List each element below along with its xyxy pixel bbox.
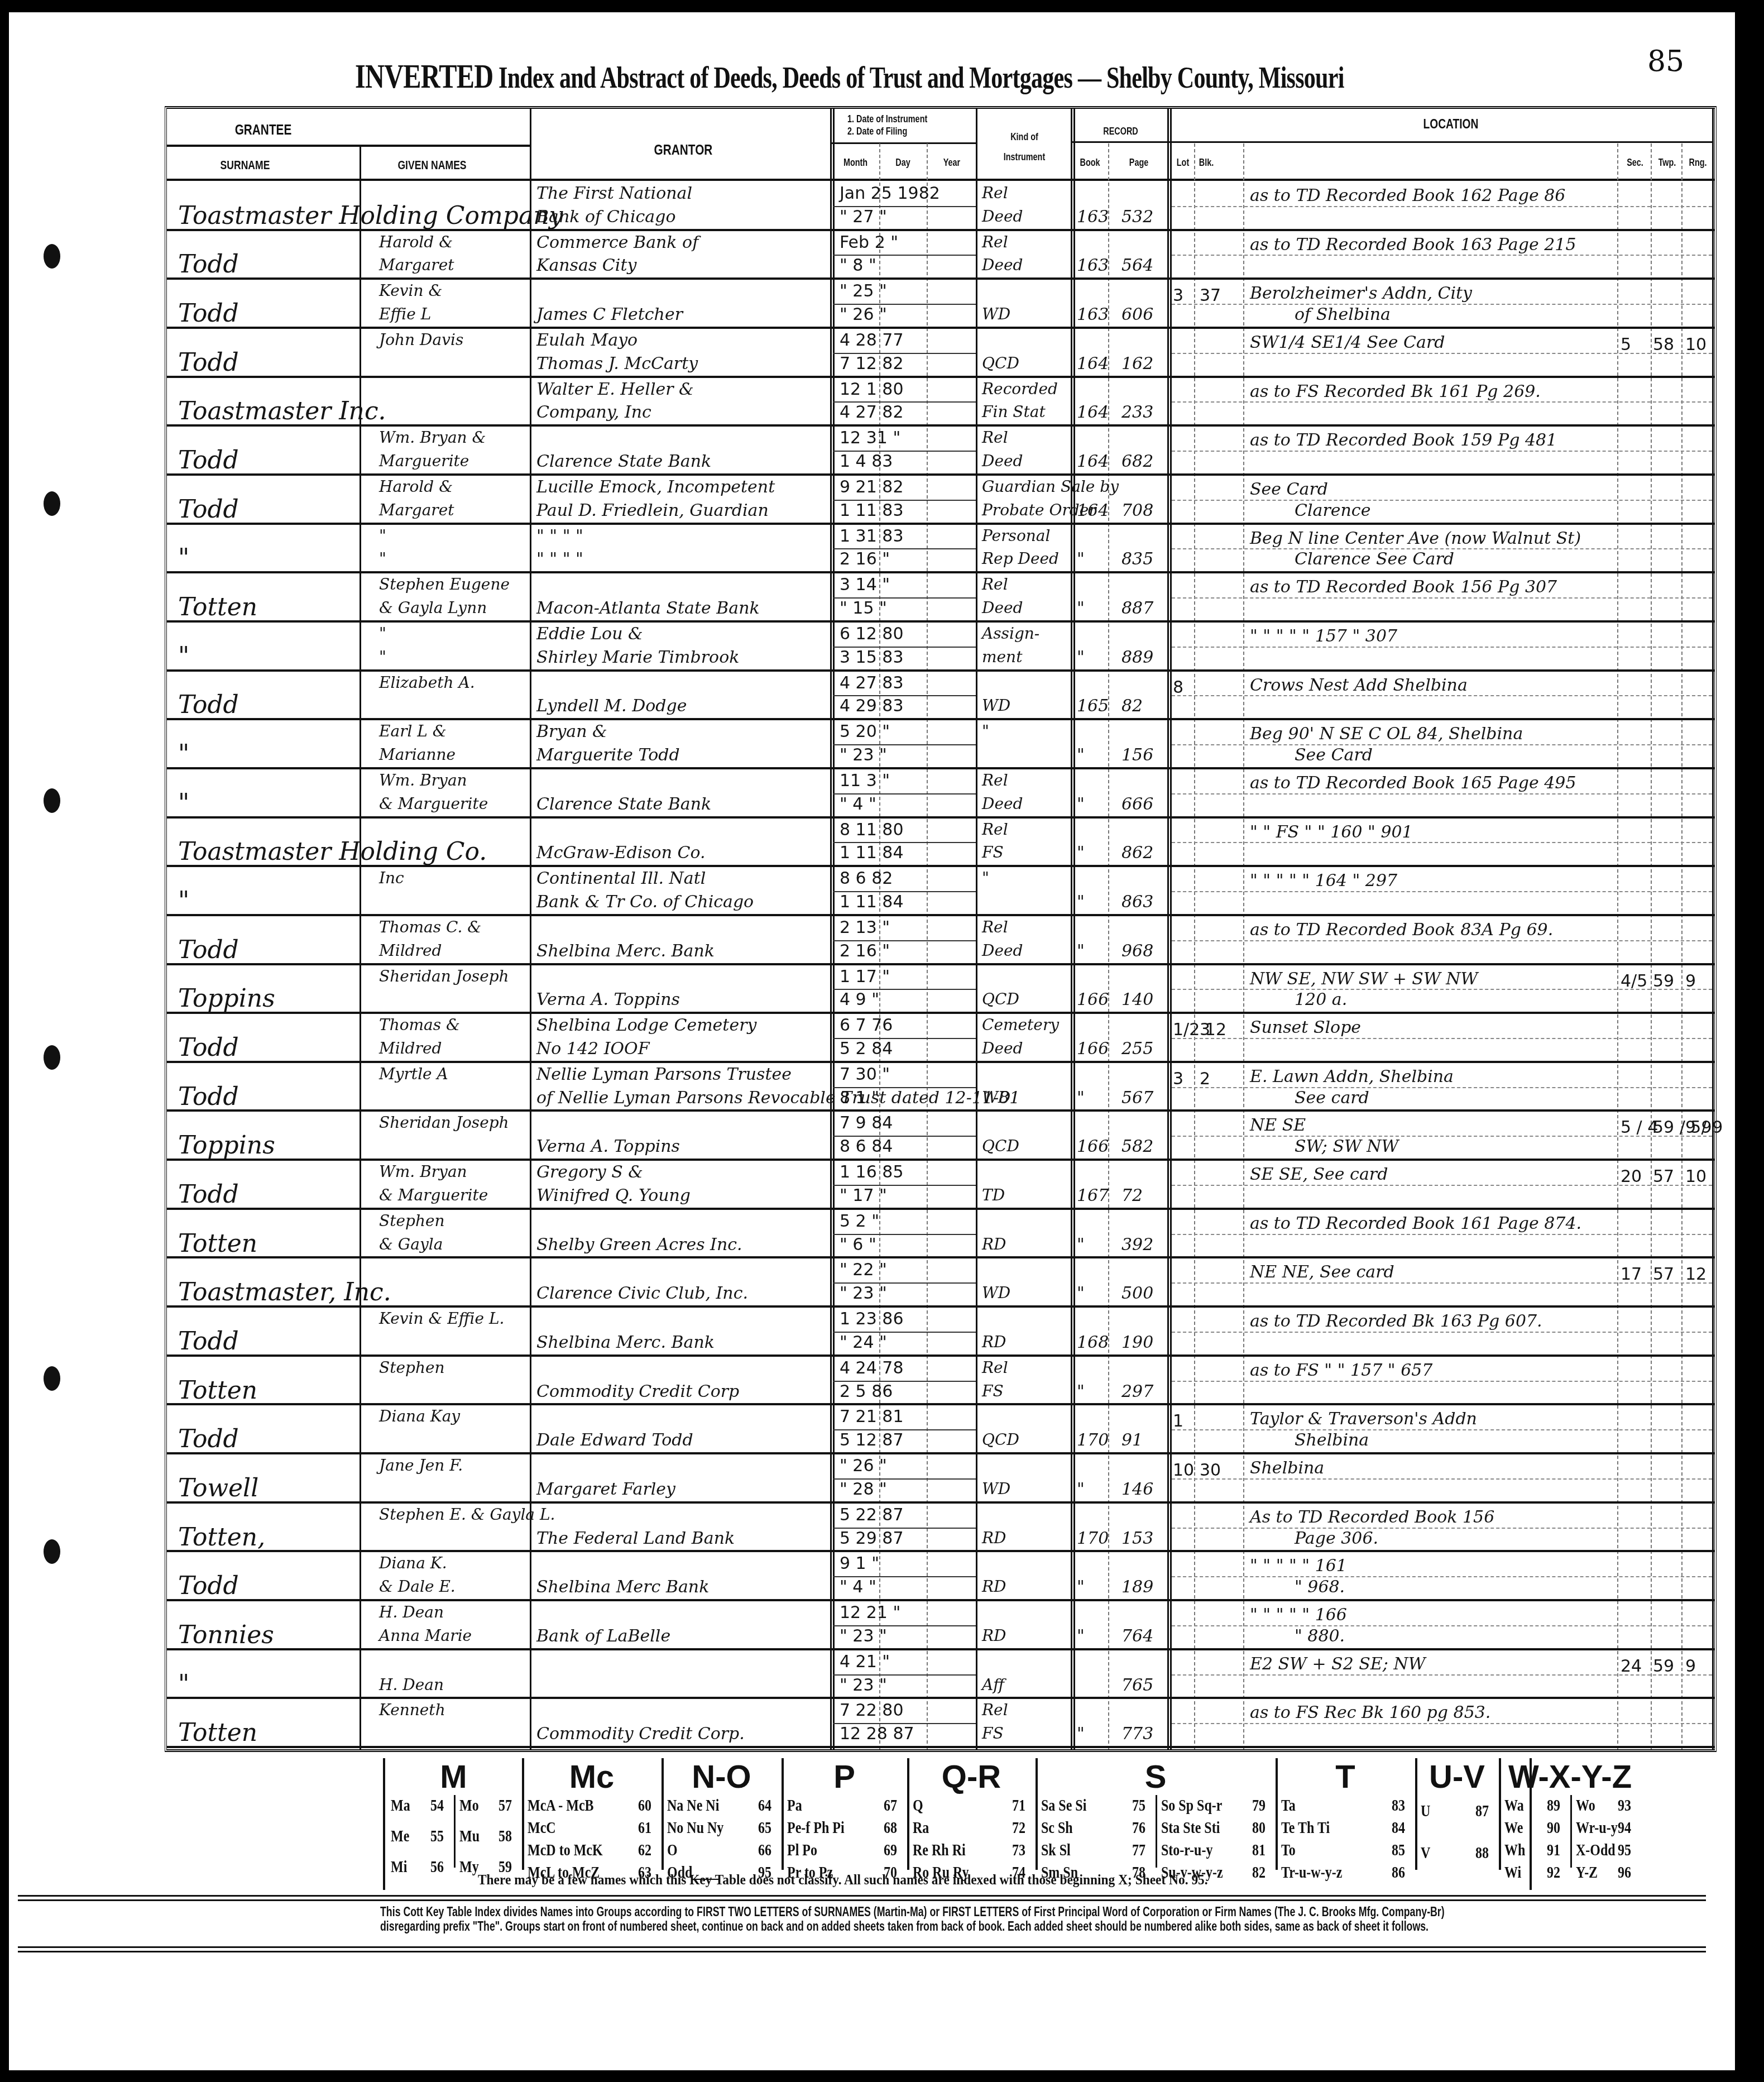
date-of-filing: " 23 " [840,1284,887,1303]
header-location: LOCATION [1228,117,1674,132]
header-grantor: GRANTOR [565,141,802,159]
location-sub-rule [1172,1576,1712,1577]
grantee-given-names: " [379,624,386,643]
key-group-letter: M [385,1758,522,1796]
grantee-given-names: Diana Kay [379,1407,460,1425]
grantee-surname: Towell [178,1474,258,1502]
record-page: 190 [1121,1333,1153,1352]
location-blk: 3 [1200,1020,1210,1040]
location-description-2: Shelbina [1295,1430,1369,1450]
record-page: 582 [1121,1137,1153,1156]
date-of-filing: 4 9 " [840,990,879,1009]
date-of-instrument: 4 24 78 [840,1358,904,1378]
grantor-line-2: of Nellie Lyman Parsons Revocable Trust … [536,1088,1020,1108]
grantor-line-2: Commodity Credit Corp [536,1382,739,1401]
record-page: 162 [1121,354,1153,374]
location-description-2: 120 a. [1295,990,1347,1009]
date-of-instrument: 2 13 " [840,918,890,937]
location-sub-rule [1172,1625,1712,1626]
location-lot: 10 [1173,1461,1194,1480]
grantee-given-names-2: Marguerite [379,452,469,470]
table-row: ToddWm. Bryan &MargueriteClarence State … [167,426,1714,475]
date-of-filing: " 26 " [840,305,887,324]
record-page: 765 [1121,1676,1153,1695]
key-entry-sheet-number: 73 [1012,1841,1025,1860]
location-description: as to TD Recorded Book 161 Page 874. [1250,1214,1581,1233]
date-of-instrument: 8 11 80 [840,820,904,840]
key-entry-sheet-number: 96 [1618,1863,1631,1882]
grantee-divider [167,145,530,147]
key-entry-sheet-number: 94 [1618,1818,1631,1837]
grantee-surname: Toastmaster, Inc. [178,1278,391,1306]
key-group-letter: P [782,1758,907,1796]
key-group: SSa Se Si75Sc Sh76Sk Sl77Sm Sn78So Sp Sq… [1036,1758,1278,1870]
location-rng: 9 / 9 [1685,1118,1723,1137]
grantee-given-names-2: Mildred [379,941,442,960]
date-of-instrument: 7 9 84 [840,1113,893,1133]
record-page: 889 [1121,648,1153,667]
grantee-surname: Todd [178,691,239,719]
date-of-filing: " 8 " [840,256,876,275]
key-entry-sheet-number: 87 [1475,1802,1489,1821]
record-page: 72 [1121,1186,1143,1205]
table-row: ToppinsSheridan JosephVerna A. Toppins1 … [167,965,1714,1014]
record-page: 91 [1121,1430,1143,1450]
punch-hole-icon [44,1539,60,1564]
key-entry-label: Wh [1504,1841,1525,1860]
grantee-given-names-2: Effie L [379,305,431,323]
key-entry-label: Mo [459,1796,479,1815]
date-sub-rule [833,597,976,599]
grantee-given-names: Stephen Eugene [379,575,510,594]
date-sub-rule [833,1136,976,1137]
key-group: MMa54Me55Mi56Mo57Mu58My59 [385,1758,524,1870]
header-surname: SURNAME [200,158,290,173]
key-group: W-X-Y-ZWa89We90Wh91Wi92Wo93Wr-u-y94X-Odd… [1499,1758,1641,1870]
key-entry-label: McD to McK [528,1841,603,1860]
record-page: 500 [1121,1284,1153,1303]
grantor-line-1: Walter E. Heller & [536,380,694,399]
date-of-instrument: 5 20 " [840,722,890,741]
key-entry-label: U [1421,1802,1430,1821]
kind-of-instrument-1: Rel [982,1358,1008,1377]
grantee-surname: Totten [178,1376,257,1405]
location-description: Beg N line Center Ave (now Walnut St) [1250,529,1581,548]
key-entry-sheet-number: 83 [1392,1796,1405,1815]
title-prefix: INVERTED [355,58,493,95]
location-sub-rule [1172,1723,1712,1724]
record-page: 189 [1121,1577,1153,1597]
grantor-line-2: Commodity Credit Corp. [536,1724,745,1744]
key-entry-label: Sa Se Si [1041,1796,1086,1815]
location-sub-rule [1172,1332,1712,1333]
location-sub-rule [1172,1087,1712,1088]
key-subdivider [1570,1795,1572,1868]
grantee-surname: Totten [178,1719,257,1747]
table-row: "Earl L &MarianneBryan &Marguerite Todd5… [167,720,1714,769]
date-sub-rule [833,1282,976,1284]
key-entry-label: Me [391,1827,409,1846]
date-of-filing: 1 11 84 [840,892,904,912]
table-row: ToddDiana KayDale Edward Todd7 21 815 12… [167,1405,1714,1454]
record-book: 168 [1077,1333,1109,1352]
kind-of-instrument-2: RD [982,1529,1006,1547]
grantee-surname: " [178,1670,189,1698]
key-entry-label: Tr-u-w-y-z [1281,1863,1342,1882]
header-page: Page [1114,157,1163,169]
date-sub-rule [833,1528,976,1529]
kind-of-instrument-1: " [982,722,989,740]
location-description: as to TD Recorded Book 162 Page 86 [1250,186,1565,205]
key-entry-label: Ra [913,1818,929,1837]
header-kind-line2: Instrument [986,151,1062,163]
record-page: 392 [1121,1235,1153,1255]
grantee-given-names-2: H. Dean [379,1676,444,1694]
location-sub-rule [1172,1478,1712,1480]
grantee-surname: Todd [178,250,239,279]
grantee-given-names: Stephen [379,1212,445,1230]
grantor-line-2: Clarence State Bank [536,452,711,471]
location-sub-rule [1172,401,1712,403]
key-entry-sheet-number: 57 [498,1796,512,1815]
kind-of-instrument-1: Cemetery [982,1016,1059,1034]
grantee-given-names: Wm. Bryan & [379,428,486,447]
grantor-line-1: Eulah Mayo [536,331,637,350]
record-book: " [1077,599,1085,618]
date-of-instrument: 3 14 " [840,575,890,595]
key-entry-sheet-number: 69 [884,1841,897,1860]
kind-of-instrument-2: WD [982,1284,1010,1302]
grantee-surname: Totten, [178,1523,265,1552]
record-book: " [1077,794,1085,814]
key-entry-sheet-number: 92 [1547,1863,1560,1882]
kind-of-instrument-2: Rep Deed [982,549,1059,568]
grantee-given-names: " [379,527,386,545]
table-row: ToddElizabeth A.Lyndell M. Dodge4 27 834… [167,671,1714,720]
key-group: PPa67Pe-f Ph Pi68Pl Po69Pr to Pz70 [782,1758,909,1870]
location-description: as to FS " " 157 " 657 [1250,1361,1432,1380]
record-book: 170 [1077,1430,1109,1450]
record-page: 887 [1121,599,1153,618]
grantee-given-names-2: " [379,549,386,568]
header-month: Month [837,157,875,169]
table-row: TottenStephen Eugene& Gayla LynnMacon-At… [167,573,1714,622]
date-of-instrument: 4 21 " [840,1652,890,1672]
date-of-filing: " 17 " [840,1186,887,1205]
date-sub-rule [833,451,976,452]
grantor-line-2: Macon-Atlanta State Bank [536,599,760,618]
location-description: Sunset Slope [1250,1018,1361,1037]
kind-of-instrument-1: Rel [982,771,1008,789]
location-sub-rule [1172,500,1712,501]
kind-of-instrument-1: Personal [982,527,1050,545]
kind-of-instrument-2: FS [982,1382,1004,1400]
grantor-line-2: Shelbina Merc. Bank [536,1333,715,1352]
location-description: Berolzheimer's Addn, City [1250,284,1472,303]
header-grantee: GRANTEE [186,121,341,138]
date-of-filing: 5 2 84 [840,1039,893,1059]
location-description: as to TD Recorded Bk 163 Pg 607. [1250,1312,1542,1331]
record-page: 255 [1121,1039,1153,1059]
table-row: ToddWm. Bryan& MargueriteGregory S &Wini… [167,1160,1714,1209]
location-description: as to TD Recorded Book 159 Pg 481 [1250,430,1557,450]
record-page: 82 [1121,696,1143,716]
header-lot: Lot [1174,157,1192,169]
kind-of-instrument-2: Deed [982,1039,1023,1057]
key-entry-sheet-number: 58 [498,1827,512,1846]
key-group-letter: N-O [661,1758,782,1796]
date-sub-rule [833,695,976,696]
location-description-2: " 968. [1295,1577,1345,1597]
date-of-instrument: Feb 2 " [840,233,898,252]
header-sec: Sec. [1622,157,1648,169]
kind-of-instrument-1: Rel [982,575,1008,594]
location-sub-rule [1172,255,1712,256]
key-entry-sheet-number: 62 [638,1841,651,1860]
key-entry-label: No Nu Ny [667,1818,723,1837]
grantor-line-1: Nellie Lyman Parsons Trustee [536,1065,792,1084]
kind-of-instrument-1: Rel [982,918,1008,936]
record-book: 166 [1077,1039,1109,1059]
date-of-instrument: " 25 " [840,281,887,301]
key-subdivider [454,1795,456,1868]
key-entry-label: McC [528,1818,556,1837]
key-entry-label: To [1281,1841,1296,1860]
location-twp: 57 [1653,1167,1674,1186]
key-entry-label: Wa [1504,1796,1524,1815]
grantor-line-2: Bank of Chicago [536,207,676,227]
key-table-note: There may be a few names which this Key … [478,1872,1208,1888]
table-row: Toastmaster Inc.Walter E. Heller &Compan… [167,377,1714,427]
kind-of-instrument-2: TD [982,1186,1005,1204]
table-row: """Eddie Lou &Shirley Marie Timbrook6 12… [167,622,1714,671]
grantor-line-1: Gregory S & [536,1162,643,1182]
location-description-2: See card [1295,1088,1369,1108]
record-book: 164 [1077,452,1109,471]
grantor-line-2: Dale Edward Todd [536,1430,693,1450]
grantee-given-names: Thomas C. & [379,918,481,936]
record-book: 164 [1077,354,1109,374]
grantor-line-2: Paul D. Friedlein, Guardian [536,501,769,520]
table-row: TottenKennethCommodity Credit Corp.7 22 … [167,1698,1714,1748]
key-group: N-ONa Ne Ni64No Nu Ny65O66Odd____95 [661,1758,784,1870]
date-of-instrument: 1 23 86 [840,1309,904,1329]
grantee-surname: Todd [178,299,239,328]
location-sub-rule [1172,206,1712,207]
date-sub-rule [833,1087,976,1088]
date-of-filing: 1 4 83 [840,452,893,471]
key-entry-label: Wi [1504,1863,1521,1882]
table-row: ToddHarold &MargaretCommerce Bank ofKans… [167,231,1714,280]
location-sub-rule [1172,1234,1712,1235]
date-sub-rule [833,793,976,794]
table-row: "IncContinental Ill. NatlBank & Tr Co. o… [167,867,1714,916]
key-entry-sheet-number: 89 [1547,1796,1560,1815]
record-book: " [1077,1235,1085,1255]
record-book: 163 [1077,256,1109,275]
date-sub-rule [833,1576,976,1577]
date-of-filing: " 24 " [840,1333,887,1352]
grantee-given-names-2: Anna Marie [379,1626,472,1645]
location-sec: 24 [1621,1657,1642,1676]
record-book: " [1077,1088,1085,1108]
date-of-instrument: " 26 " [840,1456,887,1476]
record-page: 233 [1121,403,1153,422]
key-entry-sheet-number: 88 [1475,1844,1489,1863]
grantor-line-2: Bank & Tr Co. of Chicago [536,892,754,912]
punch-hole-icon [44,1045,60,1070]
key-entry-label: Mi [391,1858,407,1877]
date-of-instrument: 1 16 85 [840,1162,904,1182]
date-of-filing: 8 6 84 [840,1137,893,1156]
key-entry-label: Sc Sh [1041,1818,1073,1837]
grantee-given-names-2: Margaret [379,256,454,274]
date-of-instrument: 7 22 80 [840,1701,904,1720]
date-of-instrument: 4 28 77 [840,331,904,350]
kind-of-instrument-2: WD [982,305,1010,323]
key-entry-sheet-number: 60 [638,1796,651,1815]
date-of-filing: " 6 " [840,1235,876,1255]
date-of-instrument: 11 3 " [840,771,890,791]
footer-rule [18,1895,1706,1897]
grantee-given-names: Stephen E. & Gayla L. [379,1505,555,1524]
date-of-instrument: 6 12 80 [840,624,904,644]
key-entry-sheet-number: 75 [1132,1796,1145,1815]
footer-rule [18,1899,1706,1901]
key-entry-label: Sta Ste Sti [1161,1818,1220,1837]
key-entry-sheet-number: 82 [1252,1863,1266,1882]
key-entry-label: Sto-r-u-y [1161,1841,1212,1860]
location-description-2: of Shelbina [1295,305,1391,324]
date-of-filing: " 23 " [840,1676,887,1695]
grantee-surname: Todd [178,1083,239,1111]
date-sub-rule [833,940,976,941]
grantee-given-names: Stephen [379,1358,445,1377]
location-sub-rule [1172,793,1712,794]
key-entry-label: Q [913,1796,923,1815]
key-entry-label: Na Ne Ni [667,1796,719,1815]
key-entry-label: Sk Sl [1041,1841,1071,1860]
grantee-surname: Totten [178,593,257,621]
grantee-surname: Todd [178,446,239,475]
header-book: Book [1076,157,1105,169]
key-entry-sheet-number: 64 [758,1796,771,1815]
location-sub-rule [1172,304,1712,305]
header-record: RECORD [1082,126,1160,137]
grantor-line-2: No 142 IOOF [536,1039,650,1059]
table-row: ToddHarold &MargaretLucille Emock, Incom… [167,475,1714,524]
date-of-instrument: 12 21 " [840,1603,900,1622]
record-page: 666 [1121,794,1153,814]
date-sub-rule [833,744,976,745]
grantee-given-names: Thomas & [379,1016,460,1034]
date-sub-rule [833,206,976,207]
grantee-given-names: Sheridan Joseph [379,1113,509,1132]
grantor-line-2: Clarence State Bank [536,794,711,814]
date-of-filing: 12 28 87 [840,1724,914,1744]
date-sub-rule [833,1185,976,1186]
grantee-surname: " [178,887,189,915]
location-sub-rule [1172,1429,1712,1430]
key-entry-label: O [667,1841,678,1860]
key-entry-sheet-number: 71 [1012,1796,1025,1815]
location-description-2: " 880. [1295,1626,1345,1646]
date-of-instrument: 1 31 83 [840,527,904,546]
key-group-letter: T [1276,1758,1415,1796]
date-of-instrument: 9 1 " [840,1554,879,1573]
key-entry-label: X-Odd [1576,1841,1616,1860]
ledger-page: INVERTED Index and Abstract of Deeds, De… [9,12,1735,2070]
table-row: Toastmaster Holding CompanyThe First Nat… [167,181,1714,231]
key-entry-sheet-number: 77 [1132,1841,1145,1860]
grantee-surname: " [178,544,189,572]
date-of-filing: " 23 " [840,745,887,765]
location-blk: 37 [1200,286,1221,305]
grantee-surname: Todd [178,1572,239,1600]
table-row: ToppinsSheridan JosephVerna A. Toppins7 … [167,1111,1714,1160]
key-entry-label: V [1421,1844,1430,1863]
record-page: 606 [1121,305,1153,324]
grantee-given-names: Wm. Bryan [379,771,467,789]
location-twp: 59 [1653,971,1674,991]
key-entry-sheet-number: 90 [1547,1818,1560,1837]
date-sub-rule [833,548,976,549]
location-sec: 4/5 [1621,971,1647,991]
kind-of-instrument-2: Deed [982,256,1023,274]
grantor-line-2: The Federal Land Bank [536,1529,735,1548]
header-blk: Blk. [1197,157,1215,169]
grantor-line-2: Shirley Marie Timbrook [536,648,739,667]
key-entry-label: Te Th Ti [1281,1818,1330,1837]
kind-of-instrument-2: Aff [982,1676,1004,1694]
record-book: 166 [1077,1137,1109,1156]
date-of-filing: 2 16 " [840,941,890,961]
record-book: 166 [1077,990,1109,1009]
table-row: ToddDiana K.& Dale E.Shelbina Merc Bank9… [167,1552,1714,1601]
location-sub-rule [1172,695,1712,696]
kind-of-instrument-2: QCD [982,990,1019,1008]
key-entry-sheet-number: 85 [1392,1841,1405,1860]
date-of-filing: 4 27 82 [840,403,904,422]
key-entry-label: Pa [787,1796,802,1815]
record-page: 862 [1121,843,1153,863]
kind-of-instrument-2: WD [982,1088,1010,1107]
key-entry-sheet-number: 81 [1252,1841,1266,1860]
location-blk: 30 [1200,1461,1221,1480]
location-description: Taylor & Traverson's Addn [1250,1409,1477,1429]
date-sub-rule [833,1234,976,1235]
location-description: " " " " " 164 " 297 [1250,871,1397,891]
grantee-given-names: Myrtle A [379,1065,448,1083]
record-book: 165 [1077,696,1109,716]
record-book: " [1077,843,1085,863]
grantor-line-1: Eddie Lou & [536,624,643,644]
key-entry-sheet-number: 84 [1392,1818,1405,1837]
record-page: 567 [1121,1088,1153,1108]
location-sub-rule [1172,647,1712,648]
location-sec: 20 [1621,1167,1642,1186]
grantee-given-names: Kenneth [379,1701,445,1719]
location-lot: 3 [1173,286,1183,305]
key-entry-label: Ma [391,1796,410,1815]
grantor-line-2: " " " " [536,549,583,569]
key-group-letter: W-X-Y-Z [1499,1758,1641,1796]
record-page: 773 [1121,1724,1153,1744]
location-sub-rule [1172,940,1712,941]
location-description: " " " " " 166 [1250,1605,1347,1625]
record-book: 170 [1077,1529,1109,1548]
grantor-line-1: The First National [536,184,692,203]
